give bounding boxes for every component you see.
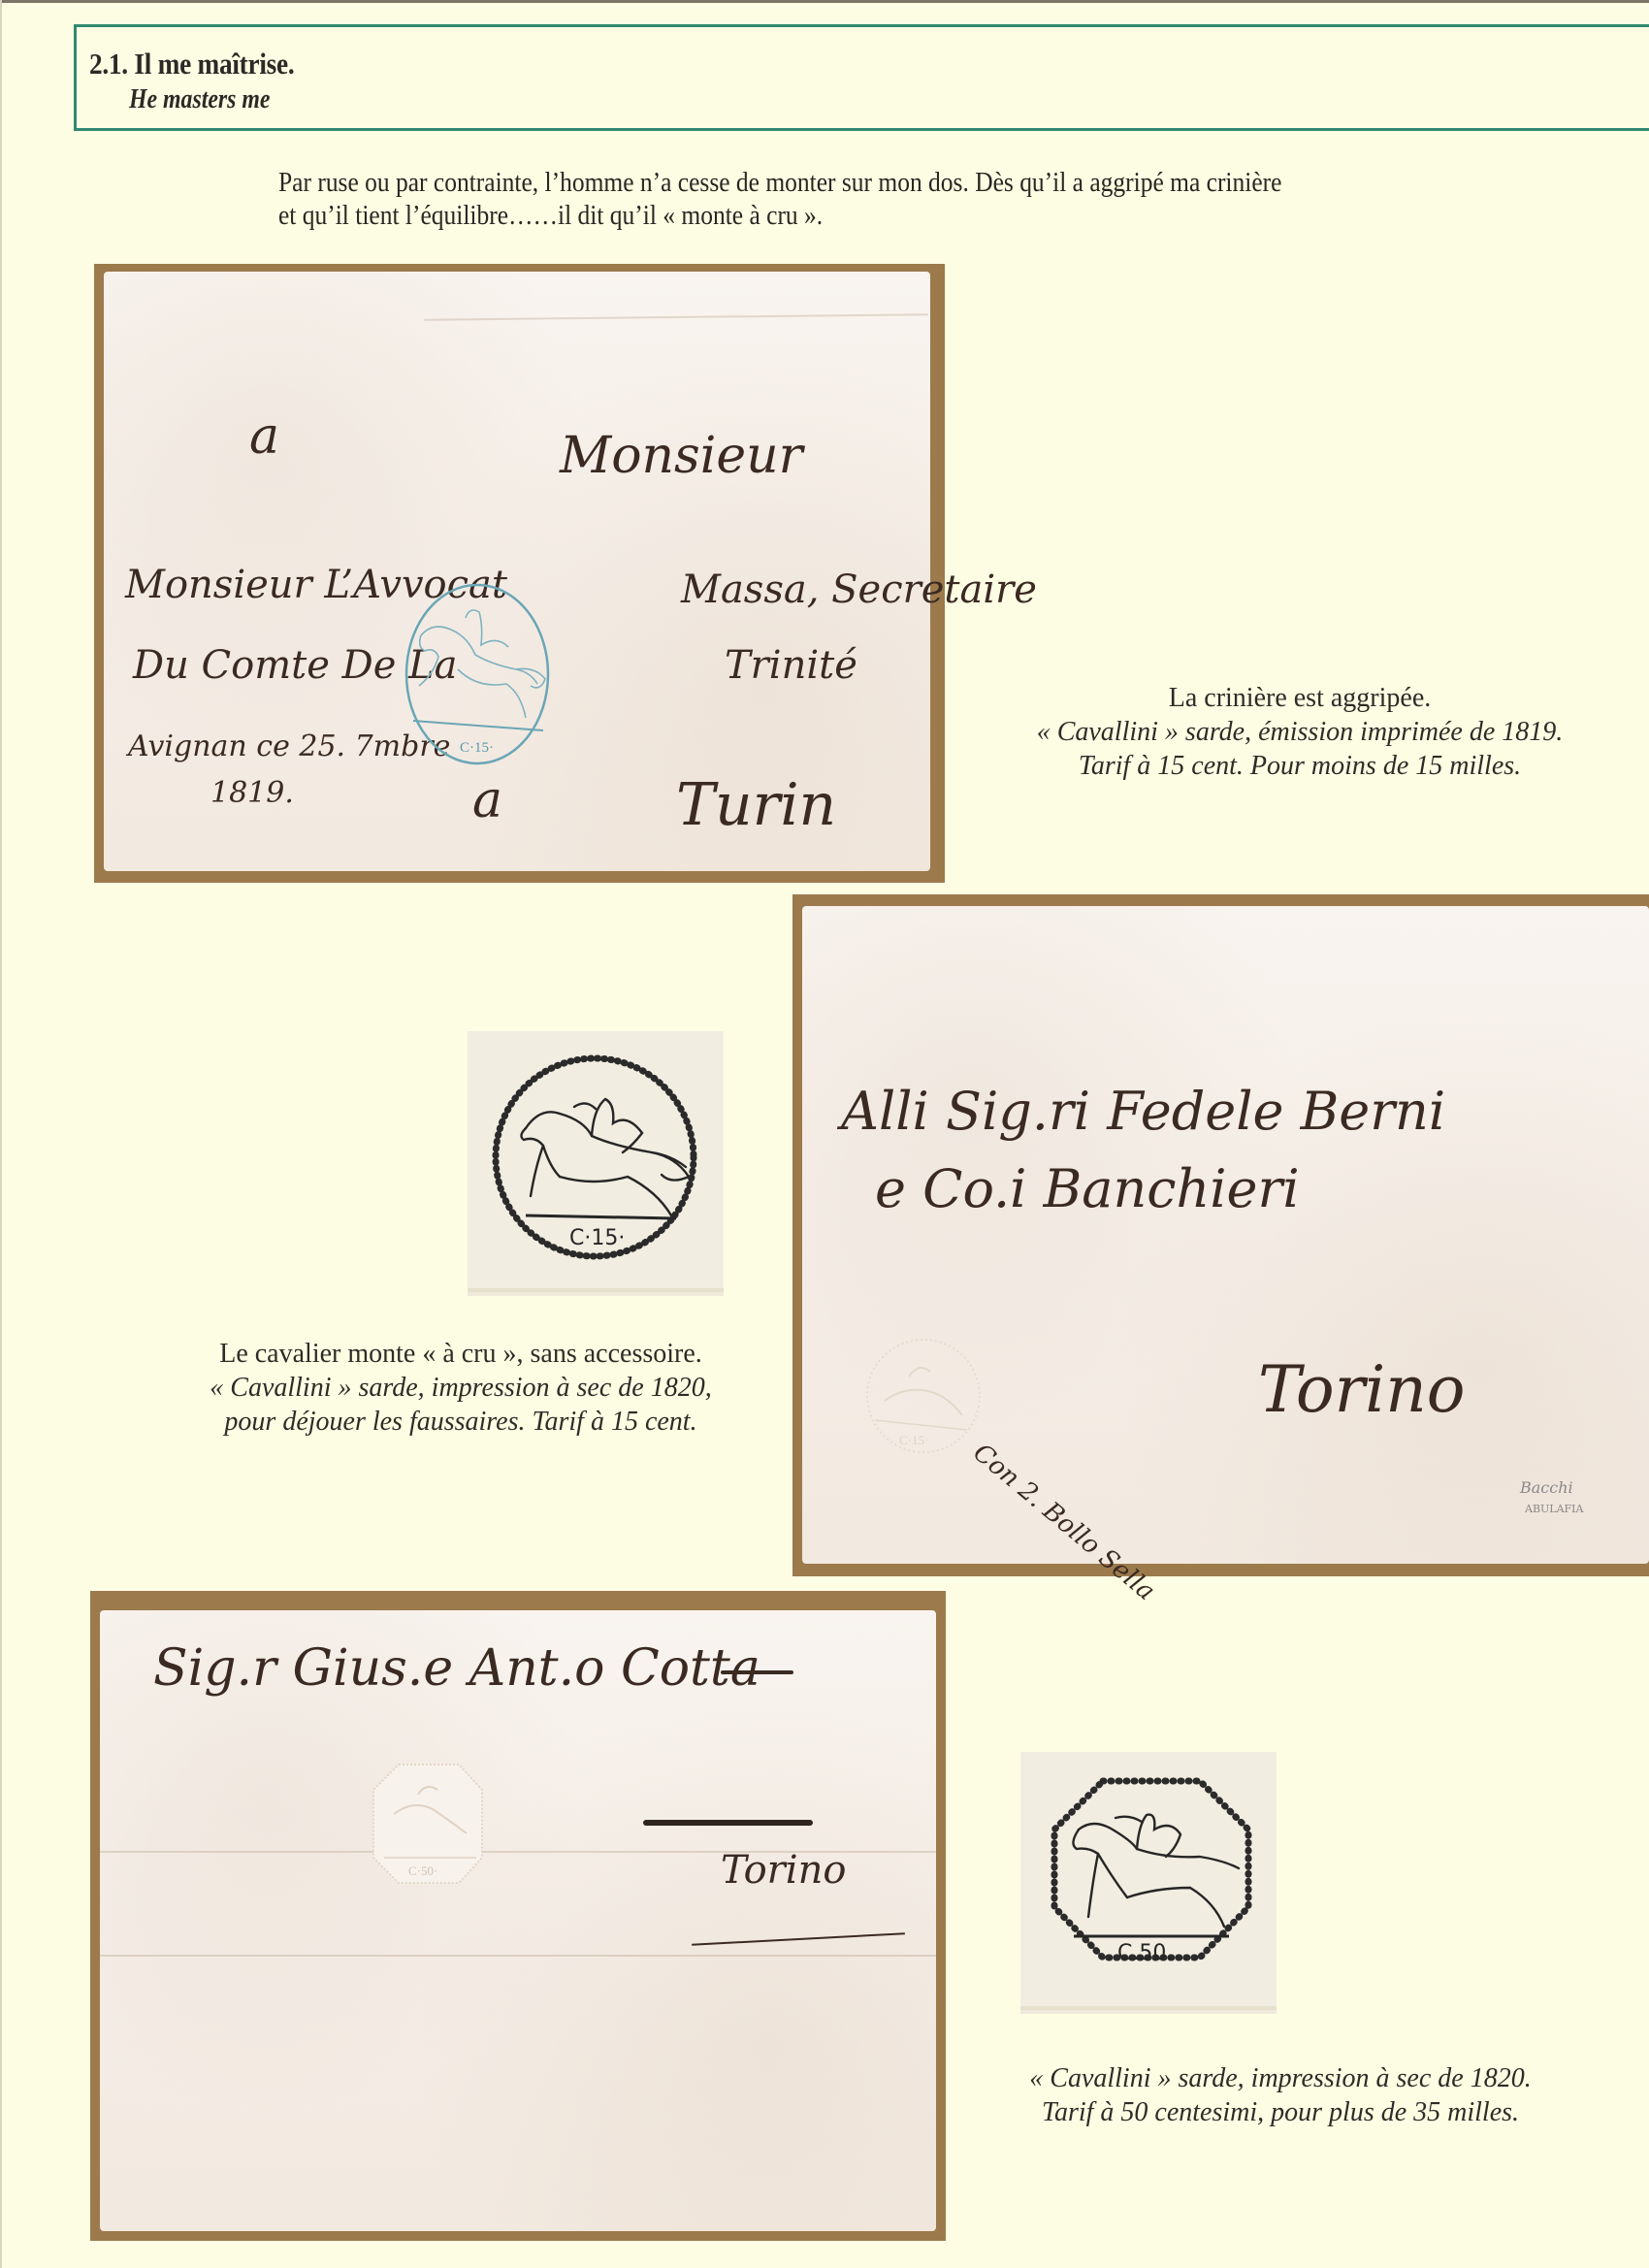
cover-2-diagonal-note: Con 2. Bollo Sella bbox=[967, 1439, 1160, 1607]
cover-1-fold bbox=[424, 313, 928, 320]
intro-paragraph: Par ruse ou par contrainte, l’homme n’a … bbox=[278, 167, 1514, 233]
stamp-reproduction-c50: C.50. bbox=[1020, 1752, 1277, 2006]
cover-3-city: Torino bbox=[721, 1848, 846, 1893]
section-title: 2.1. Il me maîtrise. bbox=[89, 47, 294, 81]
cover-2-line-2: e Co.i Banchieri bbox=[875, 1158, 1300, 1219]
cover-3-line-1: Sig.r Gius.e Ant.o Cotta bbox=[153, 1639, 760, 1698]
section-subtitle: He masters me bbox=[129, 84, 270, 115]
cover-1-line-right-1: Massa, Secretaire bbox=[681, 567, 1037, 612]
cover-2-city: Torino bbox=[1258, 1352, 1466, 1427]
caption-repro-c15-line-1: Le cavalier monte « à cru », sans access… bbox=[145, 1337, 776, 1371]
cover-3-flourish-3 bbox=[692, 1932, 905, 1946]
caption-repro-c15-line-2: « Cavallini » sarde, impression à sec de… bbox=[145, 1371, 776, 1405]
cover-1-city: Turin bbox=[676, 771, 836, 839]
caption-repro-c15-line-3: pour déjouer les faussaires. Tarif à 15 … bbox=[145, 1405, 776, 1439]
cover-1-a-bottom: a bbox=[472, 771, 502, 829]
cover-1-monsieur: Monsieur bbox=[560, 427, 802, 485]
cover-1-line-right-2: Trinité bbox=[725, 643, 857, 688]
embossed-circle-stamp-icon: C·15· bbox=[860, 1333, 986, 1459]
caption-cover-1-line-1: La crinière est aggripée. bbox=[960, 681, 1639, 715]
section-header: 2.1. Il me maîtrise. He masters me bbox=[74, 24, 1649, 131]
intro-line-2: et qu’il tient l’équilibre……il dit qu’il… bbox=[278, 200, 1514, 233]
cover-2-pencil-note-2: ABULAFIA bbox=[1525, 1503, 1583, 1515]
cover-1-mount: a Monsieur Monsieur L’Avvocat Massa, Sec… bbox=[94, 264, 945, 883]
cover-2-stamp-value: C·15· bbox=[899, 1433, 928, 1447]
cover-1-year: 1819. bbox=[210, 776, 294, 810]
cover-2-mount: Alli Sig.ri Fedele Berni e Co.i Banchier… bbox=[792, 894, 1649, 1576]
repro-c15-label: C·15· bbox=[569, 1226, 625, 1250]
cover-1-paper: a Monsieur Monsieur L’Avvocat Massa, Sec… bbox=[104, 272, 930, 871]
scan-edge-top bbox=[0, 0, 1649, 3]
horse-rider-octagon-stamp-icon: C.50. bbox=[1020, 1752, 1277, 2006]
cover-3-flourish-2 bbox=[643, 1820, 813, 1826]
cover-3-stamp-value: C·50· bbox=[408, 1863, 437, 1878]
caption-repro-c50-line-2: Tarif à 50 centesimi, pour plus de 35 mi… bbox=[951, 2095, 1610, 2129]
embossed-octagon-stamp-icon: C·50· bbox=[370, 1761, 486, 1887]
repro-c50-label: C.50. bbox=[1117, 1941, 1173, 1965]
cover-3-fold-2 bbox=[100, 1955, 936, 1957]
stamp-reproduction-c15: C·15· bbox=[468, 1031, 724, 1288]
intro-line-1: Par ruse ou par contrainte, l’homme n’a … bbox=[278, 167, 1514, 200]
caption-repro-c15: Le cavalier monte « à cru », sans access… bbox=[145, 1337, 776, 1439]
cover-2-paper: Alli Sig.ri Fedele Berni e Co.i Banchier… bbox=[802, 906, 1649, 1564]
cover-1-stamp-value: C·15· bbox=[460, 740, 494, 756]
caption-repro-c50: « Cavallini » sarde, impression à sec de… bbox=[951, 2061, 1610, 2129]
cover-2-pencil-note-1: Bacchi bbox=[1520, 1478, 1573, 1497]
cover-3-fold-1 bbox=[100, 1851, 936, 1853]
cover-2-line-1: Alli Sig.ri Fedele Berni bbox=[841, 1081, 1445, 1142]
cover-1-a-top: a bbox=[249, 407, 279, 466]
cover-3-paper: Sig.r Gius.e Ant.o Cotta Torino C·50· bbox=[100, 1610, 936, 2231]
horse-rider-circle-stamp-icon: C·15· bbox=[468, 1031, 724, 1288]
caption-cover-1: La crinière est aggripée. « Cavallini » … bbox=[960, 681, 1639, 783]
caption-repro-c50-line-1: « Cavallini » sarde, impression à sec de… bbox=[951, 2061, 1610, 2095]
horse-rider-oval-stamp-icon: C·15· bbox=[400, 577, 555, 771]
scan-edge-left bbox=[0, 0, 2, 2268]
caption-cover-1-line-3: Tarif à 15 cent. Pour moins de 15 milles… bbox=[960, 749, 1639, 783]
cover-3-mount: Sig.r Gius.e Ant.o Cotta Torino C·50· bbox=[90, 1591, 946, 2241]
cover-3-flourish-1 bbox=[721, 1670, 793, 1674]
caption-cover-1-line-2: « Cavallini » sarde, émission imprimée d… bbox=[960, 715, 1639, 749]
